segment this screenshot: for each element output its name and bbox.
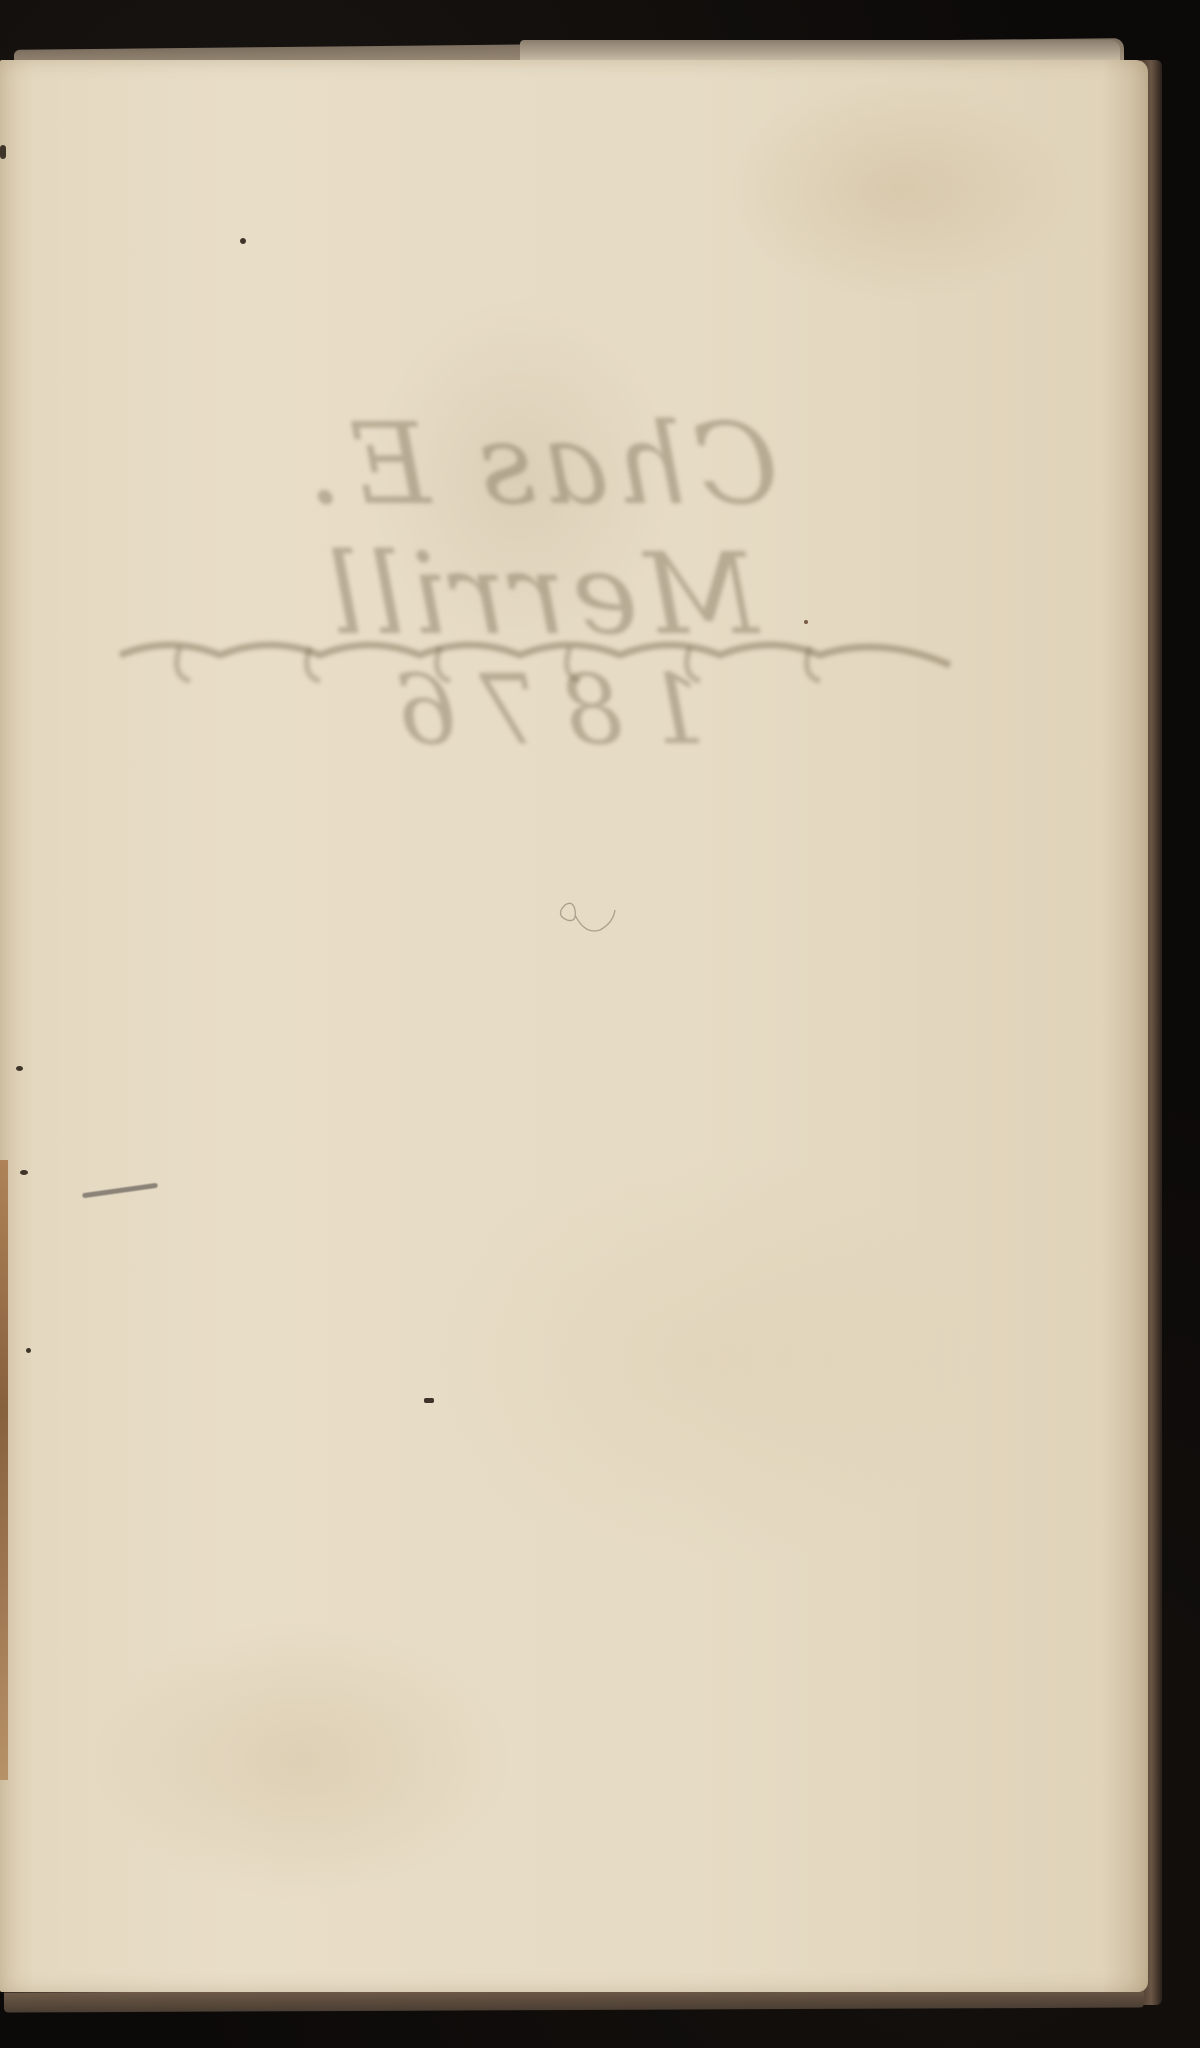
ink-speck xyxy=(424,1398,434,1403)
paper-fiber xyxy=(555,895,625,940)
ink-speck xyxy=(16,1066,23,1071)
offset-flourish xyxy=(110,615,970,695)
spine-stain xyxy=(0,1160,8,1780)
ink-speck xyxy=(0,145,6,159)
ink-speck xyxy=(20,1170,28,1175)
underlying-page-edge-top-right xyxy=(520,40,1120,62)
ink-speck xyxy=(26,1348,31,1353)
book-leaf xyxy=(0,60,1148,1992)
ink-speck xyxy=(804,620,808,624)
ink-speck xyxy=(240,238,246,244)
